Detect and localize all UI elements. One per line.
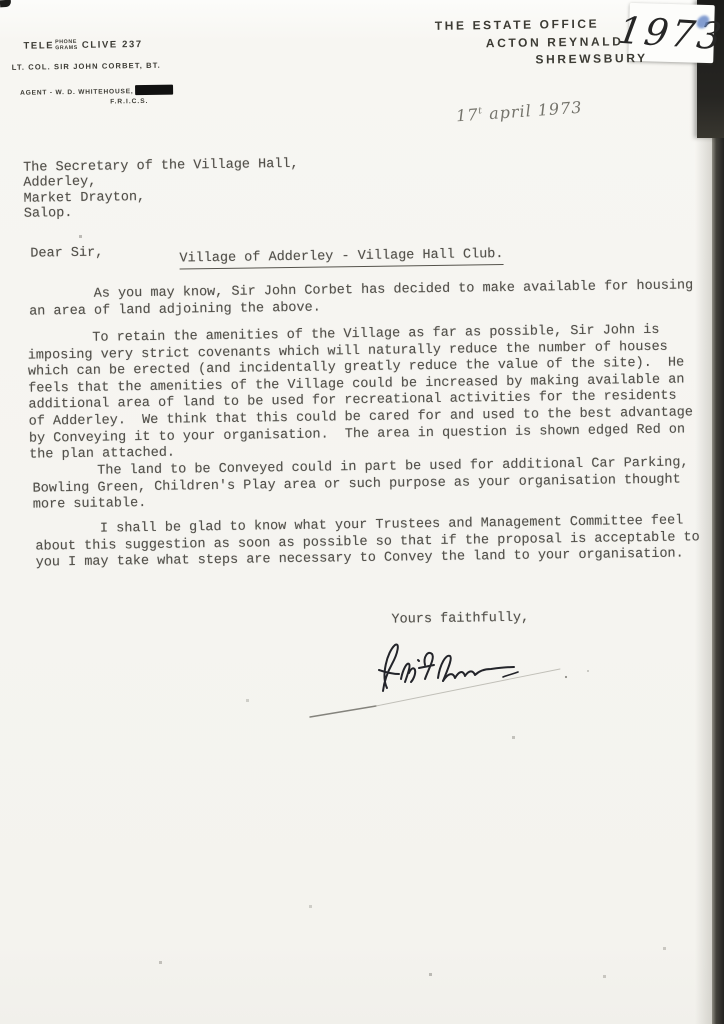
pencil-line [0,0,724,1024]
scanned-letter-page: 1973 TELE PHONE GRAMS CLIVE 237 LT. COL.… [0,0,724,1024]
